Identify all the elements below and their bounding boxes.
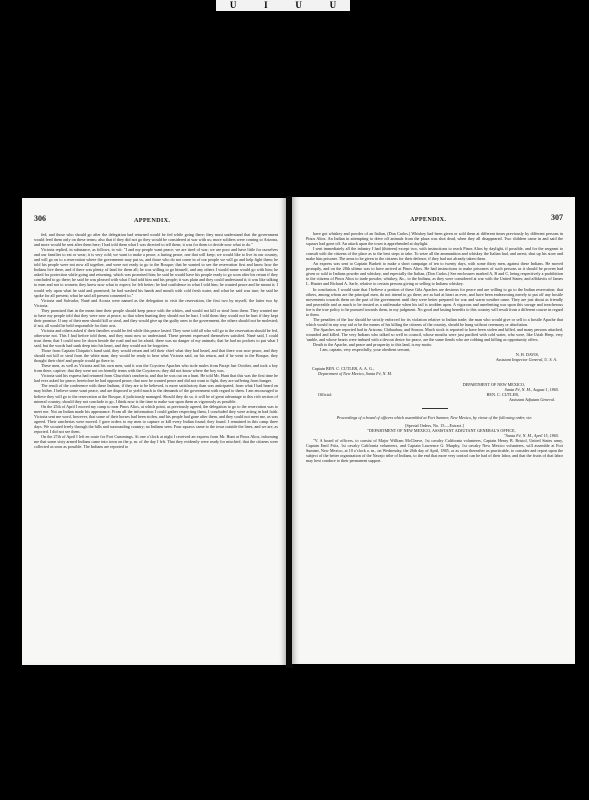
page-body: have got whiskey and powder of an Italia…	[306, 231, 563, 463]
paragraph: Victoria and Salvador, Nané and Acosta w…	[34, 298, 278, 308]
letter-body: have got whiskey and powder of an Italia…	[306, 231, 563, 347]
paragraph: I sent immediately all the infantry I ha…	[306, 246, 563, 261]
calibration-mark: U	[230, 1, 237, 10]
page-body: fed, and those who should go after the d…	[34, 232, 278, 449]
proceedings-heading: Proceedings of a board of officers which…	[306, 415, 563, 420]
running-head: APPENDIX.	[410, 216, 446, 223]
paragraph: On the 25th of April I moved my camp to …	[34, 404, 278, 434]
official-label: Official:	[306, 392, 332, 397]
official-title: Assistant Adjutant General.	[306, 397, 563, 402]
paragraph: fed, and those who should go after the d…	[34, 232, 278, 247]
paragraph: Those from Captain Chiquito's band said,…	[34, 348, 278, 363]
calibration-mark: U	[295, 1, 302, 10]
paragraph: Victoria said his express had returned f…	[34, 373, 278, 383]
paragraph: An express was sent to Captain Burkett t…	[306, 261, 563, 286]
calibration-mark: I	[264, 1, 268, 10]
page-number: 306	[34, 214, 46, 223]
page-number: 307	[551, 213, 563, 222]
paragraph: These men, as well as Victoria and his o…	[34, 363, 278, 373]
paragraph: In conclusion, I would state that I beli…	[306, 287, 563, 317]
calibration-strip: U I U U	[216, 0, 350, 11]
paragraph: On the 27th of April I left en route for…	[34, 434, 278, 449]
section-divider	[422, 408, 448, 409]
left-page: 306 APPENDIX. fed, and those who should …	[22, 198, 287, 665]
paragraph: They promised that in the mean time thei…	[34, 308, 278, 328]
paragraph: The result of the conference with these …	[34, 383, 278, 403]
paragraph: have got whiskey and powder of an Italia…	[306, 231, 563, 246]
paragraph: Victoria replied, in substance, as follo…	[34, 247, 278, 297]
order-text: "V. A board of officers, to consist of M…	[306, 438, 563, 463]
paragraph: Victoria and others asked if their famil…	[34, 328, 278, 348]
calibration-mark: U	[330, 1, 337, 10]
running-head: APPENDIX.	[134, 217, 170, 224]
paragraph: The Apaches are reported bad in Arizona,…	[306, 327, 563, 342]
paragraph: The penalties of the law should be stric…	[306, 317, 563, 327]
right-page: APPENDIX. 307 have got whiskey and powde…	[292, 197, 575, 664]
